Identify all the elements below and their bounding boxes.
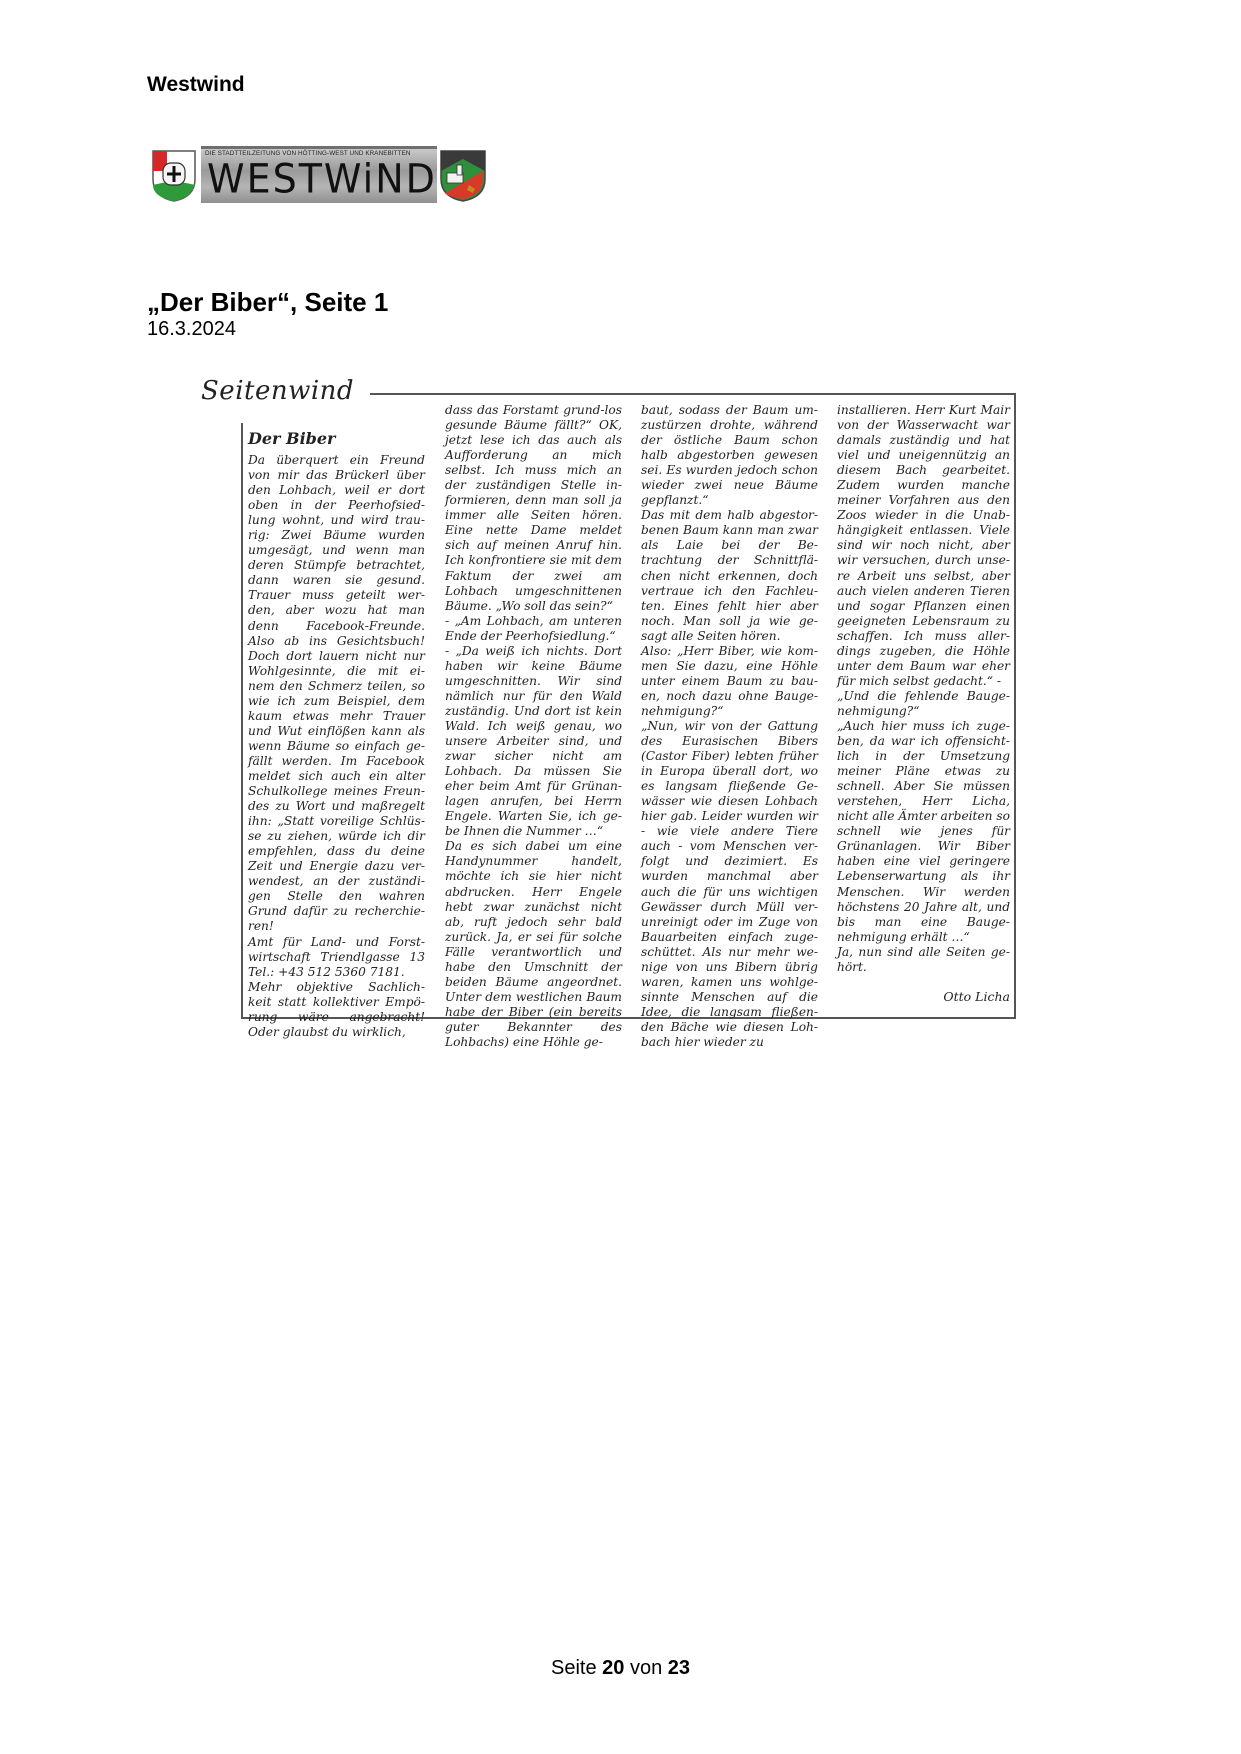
article-author: Otto Licha <box>837 989 1010 1004</box>
section-label: Seitenwind <box>201 376 354 406</box>
total-page-count: 23 <box>668 1657 690 1679</box>
crest-cross-icon <box>151 149 197 203</box>
article-column-1: Da überquert ein Freund von mir das Brüc… <box>248 453 425 1040</box>
document-title: „Der Biber“, Seite 1 <box>147 287 388 318</box>
top-rule <box>370 393 1015 395</box>
frame-right-border <box>1014 393 1016 1019</box>
frame-left-border <box>241 423 243 1019</box>
footer-separator: von <box>630 1657 662 1679</box>
publication-name: Westwind <box>147 73 245 97</box>
article-column-4: installieren. Herr Kurt Mair von der Was… <box>837 403 1010 975</box>
article-column-3: baut, sodass der Baum um-zustürzen droht… <box>641 403 818 1050</box>
newspaper-clipping: Seitenwind Der Biber Da überquert ein Fr… <box>195 376 1025 1066</box>
article-headline: Der Biber <box>248 429 335 448</box>
westwind-banner: DIE STADTTEILZEITUNG VON HÖTTING-WEST UN… <box>151 146 489 205</box>
article-column-2: dass das Forstamt grund-los gesunde Bäum… <box>445 403 622 1050</box>
footer-prefix: Seite <box>551 1657 597 1679</box>
crest-church-icon <box>439 149 487 203</box>
document-date: 16.3.2024 <box>147 318 236 341</box>
current-page-number: 20 <box>602 1657 624 1679</box>
banner-title: WESTWiND <box>207 156 437 202</box>
banner-photo: DIE STADTTEILZEITUNG VON HÖTTING-WEST UN… <box>201 146 437 203</box>
page-footer: Seite 20 von 23 <box>0 1657 1241 1680</box>
